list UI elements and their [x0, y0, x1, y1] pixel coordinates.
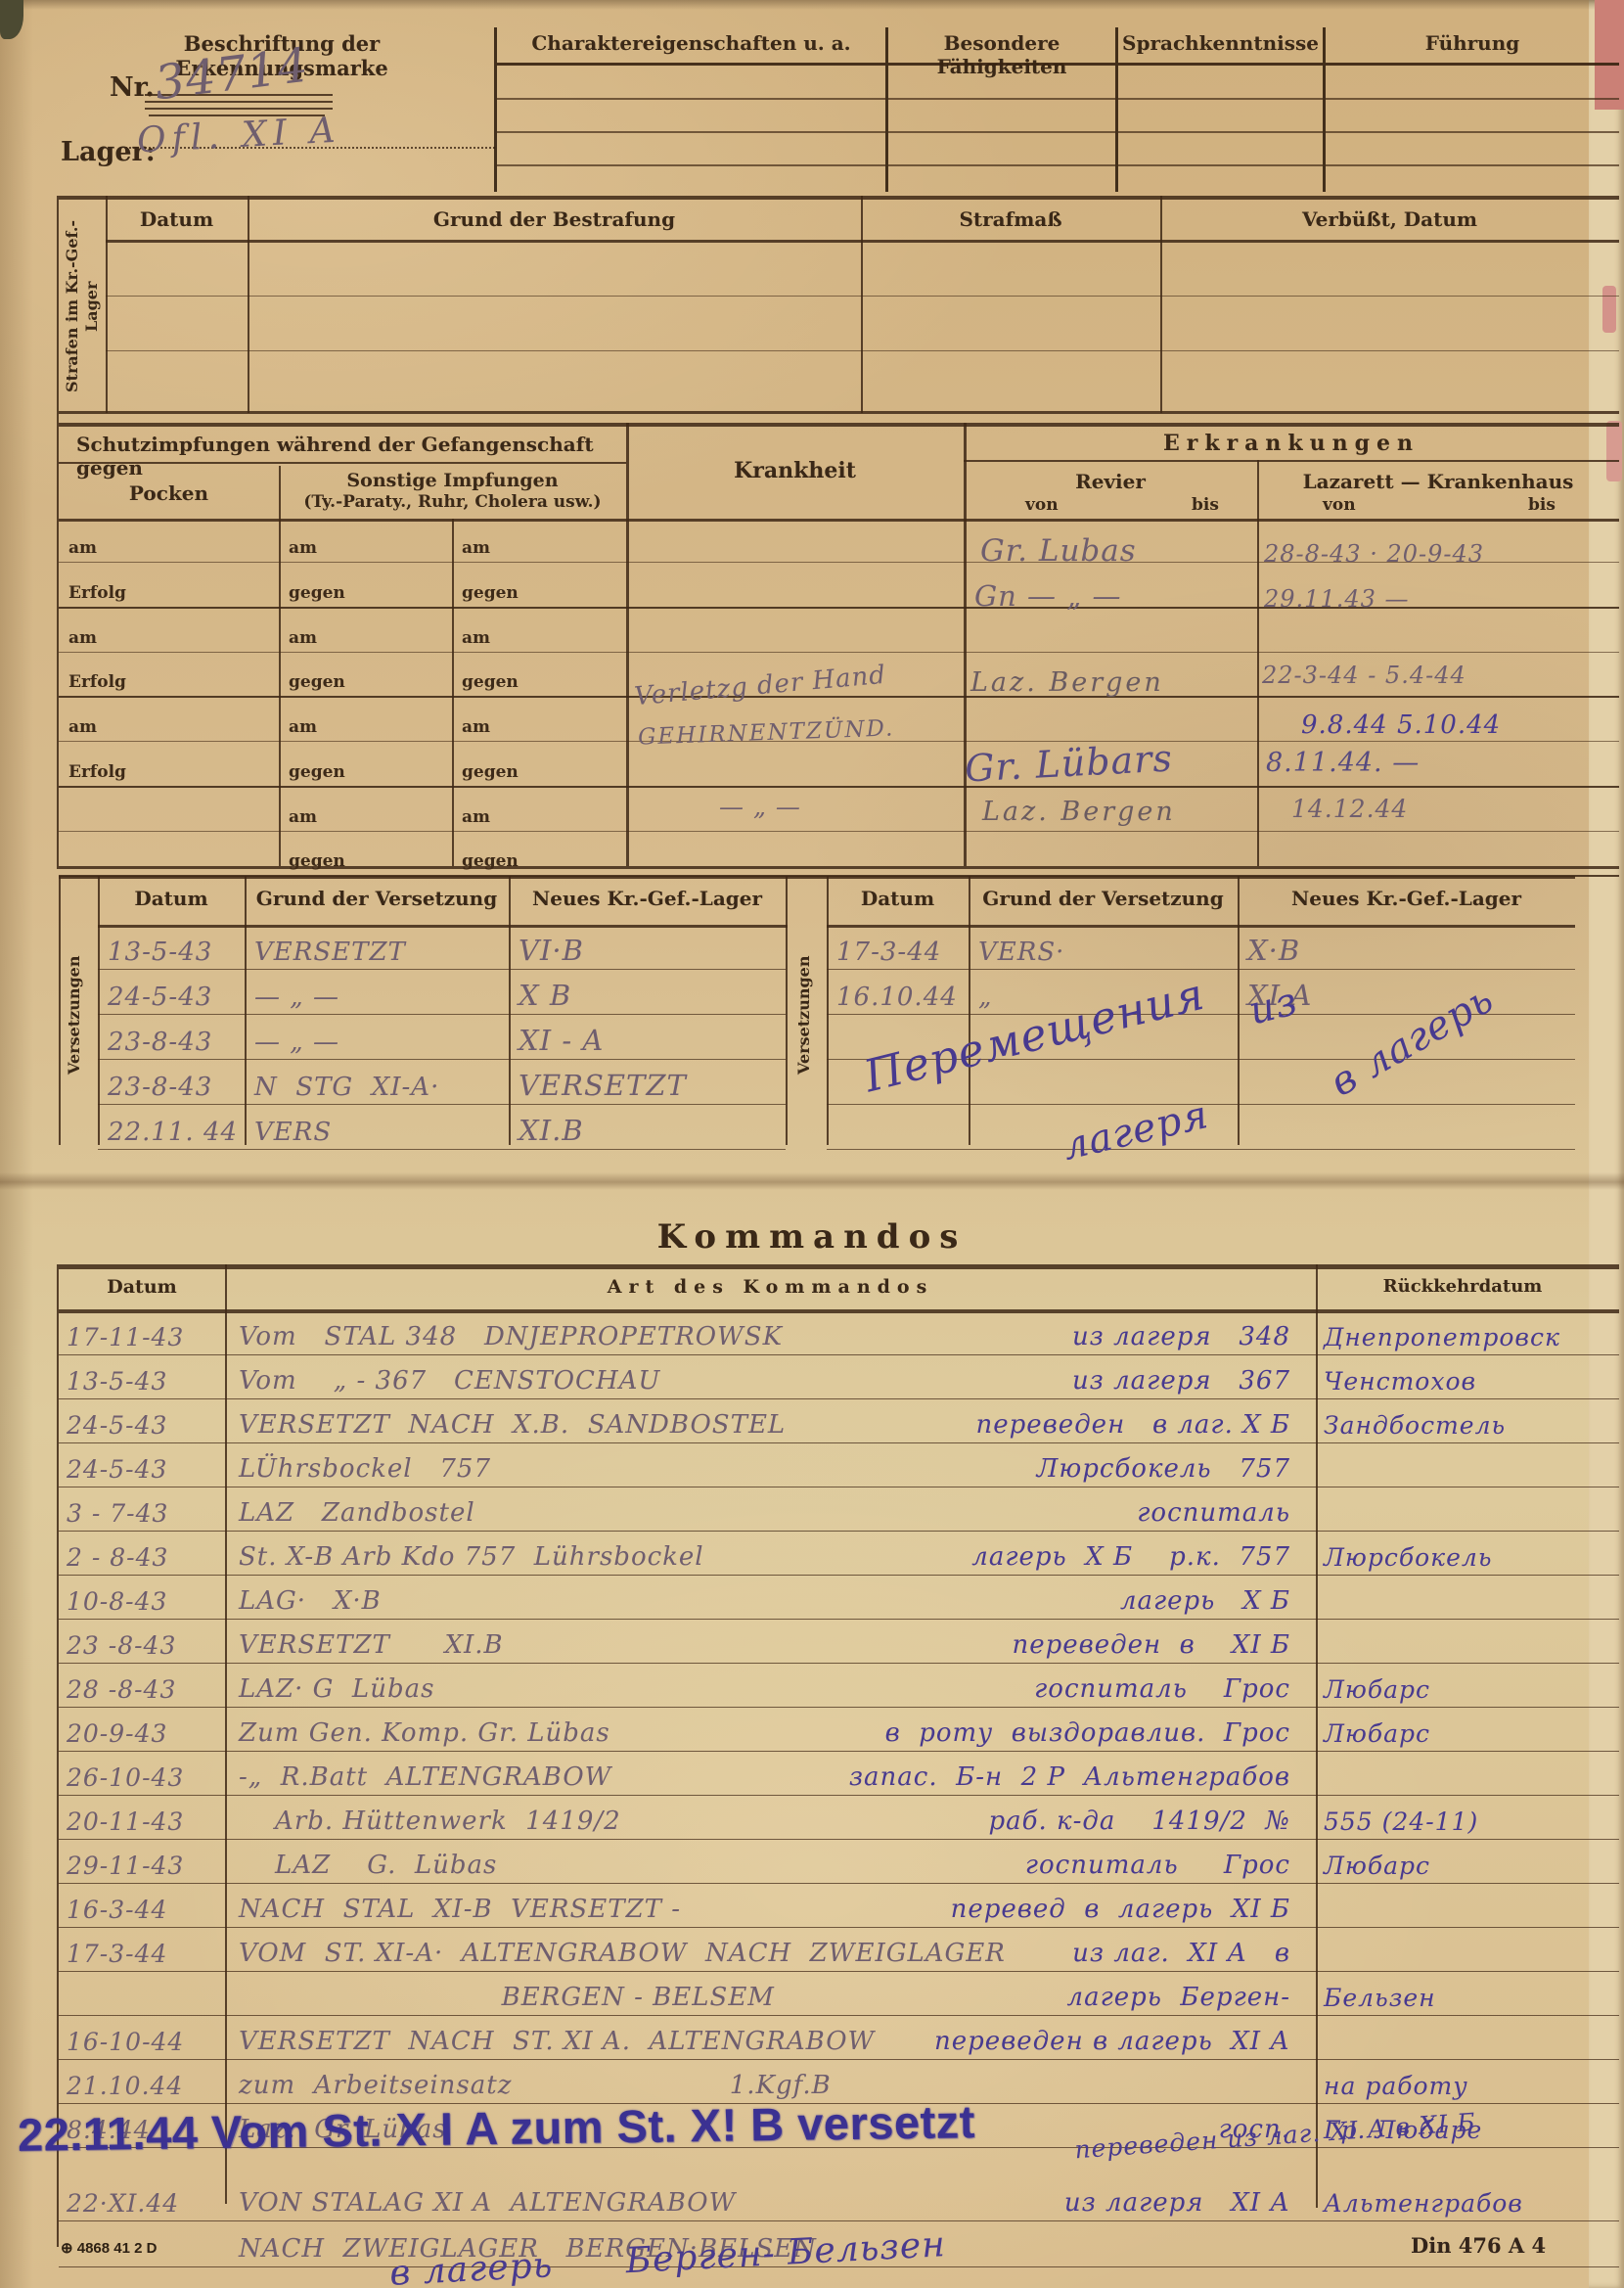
kommando-art: BERGEN - BELSEM лагерь Берген-: [225, 1983, 1316, 2015]
erk-dates-2: 29.11.43 —: [1264, 585, 1410, 613]
kommando-datum: 28 -8-43: [59, 1675, 225, 1707]
erk-revier-bis: bis: [1192, 495, 1219, 515]
versetzung-datum: [827, 1102, 969, 1104]
column-besondere-faehigkeiten: Besondere Fähigkeiten: [885, 27, 1115, 192]
pocken-row-label: [59, 827, 279, 831]
versetzung-lager: VI·B: [509, 934, 783, 969]
lager-value-handwritten: Ofl. XI A: [136, 111, 341, 161]
v-right-col-datum: Datum: [827, 887, 969, 910]
kommando-text-german: Zum Gen. Komp. Gr. Lübas: [225, 1718, 610, 1751]
din-format-label: Din 476 A 4: [1411, 2233, 1546, 2258]
v-left-col-grund: Grund der Versetzung: [245, 887, 509, 910]
versetzung-lager: [1238, 1102, 1575, 1104]
strafen-col-verbuesst: Verbüßt, Datum: [1160, 207, 1619, 231]
printer-code: ⊕ 4868 41 2 D: [61, 2239, 157, 2257]
versetzung-lager: X B: [509, 979, 783, 1014]
kommando-row: 10-8-43 LAG· X·B лагерь X Б: [59, 1576, 1619, 1620]
kommando-text-german: St. X-B Arb Kdo 757 Lührsbockel: [225, 1542, 704, 1575]
v-left-col-neues: Neues Kr.-Gef.-Lager: [509, 887, 786, 910]
k-col-datum: Datum: [59, 1276, 225, 1298]
kommando-row: 20-9-43 Zum Gen. Komp. Gr. Lübas в роту …: [59, 1708, 1619, 1752]
kommando-row: 17-11-43 Vom STAL 348 DNJEPROPETROWSK из…: [59, 1311, 1619, 1355]
kommando-art: NACH STAL XI-B VERSETZT - перевед в лаге…: [225, 1895, 1316, 1927]
kommando-text-russian: [1290, 2100, 1316, 2103]
erk-place-1: Gr. Lubas: [980, 533, 1137, 569]
versetzung-datum: [827, 1147, 969, 1149]
versetzung-row: 23-8-43 — „ — XI - A: [98, 1015, 786, 1060]
kommando-art: LAZ Zandbostel госпиталь: [225, 1498, 1316, 1531]
kommando-text-german: NACH STAL XI-B VERSETZT -: [225, 1895, 681, 1927]
erk-col-lazarett: Lazarett — Krankenhaus: [1257, 470, 1619, 493]
kommando-art: Vom „ - 367 CENSTOCHAU из лагеря 367: [225, 1366, 1316, 1398]
kommando-datum: 17-3-44: [59, 1940, 225, 1971]
kommando-text-russian: в роту выздоравлив. Грос: [885, 1718, 1316, 1751]
kommando-text-russian: госпиталь: [1137, 1498, 1316, 1531]
kommando-text-russian: переведен в XI Б: [1012, 1630, 1316, 1663]
kommando-text-russian: переведен в лагерь XI А: [934, 2027, 1316, 2059]
kommando-rueckkehr: Любарс: [1316, 1719, 1619, 1751]
impf-col-krankheit: Krankheit: [626, 458, 964, 483]
pow-record-card: Beschriftung der Erkennungsmarke Nr. 347…: [0, 0, 1624, 2288]
versetzung-row: 17-3-44 VERS· X·B: [827, 925, 1575, 970]
kommando-row: 16-10-44 VERSETZT NACH ST. XI A. ALTENGR…: [59, 2016, 1619, 2060]
sonstige1-row-label: am: [279, 538, 452, 562]
kommando-datum: [59, 2012, 225, 2015]
kommando-text-russian: из лагеря 348: [1072, 1322, 1316, 1354]
versetzung-grund: VERS: [245, 1118, 509, 1149]
sonstige2-row-label: am: [452, 538, 626, 562]
left-edge-shadow: [0, 0, 33, 2288]
impf-row: am am am: [59, 609, 1619, 653]
kommando-text-russian: из лагеря 367: [1072, 1366, 1316, 1398]
kommando-rueckkehr: Любарс: [1316, 1675, 1619, 1707]
versetzung-grund: — „ —: [245, 983, 509, 1014]
kommando-rueckkehr: [1316, 2264, 1619, 2266]
pink-edge-mark: [1602, 286, 1616, 333]
kommando-text-russian: Люрсбокель 757: [1037, 1454, 1316, 1487]
pocken-row-label: [59, 871, 279, 875]
sonstige2-row-label: am: [452, 628, 626, 652]
v-left-rows: 13-5-43 VERSETZT VI·B 24-5-43 — „ — X B …: [98, 925, 786, 1150]
fold-crease: [0, 1172, 1624, 1190]
strafen-side-label: Strafen im Kr.-Gef.-Lager: [63, 213, 102, 399]
kommando-rueckkehr: 555 (24-11): [1316, 1808, 1619, 1839]
kommando-art: VERSETZT XI.B переведен в XI Б: [225, 1630, 1316, 1663]
kommando-text-german: LAZ· G Lübas: [225, 1674, 434, 1707]
kommando-rueckkehr: Любарс: [1316, 1852, 1619, 1883]
column-sprachkenntnisse: Sprachkenntnisse: [1115, 27, 1323, 192]
kommando-datum: 13-5-43: [59, 1367, 225, 1398]
erk-dates-3: 22-3-44 - 5.4-44: [1262, 662, 1466, 689]
v-right-col-grund: Grund der Versetzung: [969, 887, 1238, 910]
kommando-art: Zum Gen. Komp. Gr. Lübas в роту выздорав…: [225, 1718, 1316, 1751]
kommando-text-german: VON STALAG XI A ALTENGRABOW: [225, 2188, 736, 2220]
sonstige2-row-label: gegen: [452, 851, 626, 875]
kommando-text-russian: госпиталь Грос: [1034, 1674, 1316, 1707]
kommando-rueckkehr: Зандбостель: [1316, 1411, 1619, 1442]
kommando-text-german: Vom STAL 348 DNJEPROPETROWSK: [225, 1322, 783, 1354]
kommando-rueckkehr: Альтенграбов: [1316, 2189, 1619, 2220]
sonstige1-row-label: gegen: [279, 583, 452, 607]
kommando-text-russian: из лагеря XI А: [1064, 2188, 1316, 2220]
versetzung-lager: XI.B: [509, 1114, 783, 1149]
kommando-text-russian: из лаг. XI А в: [1072, 1939, 1316, 1971]
kommando-datum: 3 - 7-43: [59, 1499, 225, 1531]
kommando-text-german: LAZ Zandbostel: [225, 1498, 475, 1531]
kommando-rueckkehr: [1316, 2056, 1619, 2059]
versetzung-grund: N STG XI-A·: [245, 1073, 509, 1104]
sonstige2-row-label: gegen: [452, 583, 626, 607]
erk-title: Erkrankungen: [964, 431, 1619, 456]
kommando-rueckkehr: Днепропетровск: [1316, 1323, 1619, 1354]
kommando-rueckkehr: [1316, 1484, 1619, 1487]
versetzung-datum: 17-3-44: [827, 938, 969, 969]
erk-dates-4: 9.8.44 5.10.44: [1301, 710, 1501, 740]
kommando-datum: 10-8-43: [59, 1587, 225, 1619]
kommando-art: LAG· X·B лагерь X Б: [225, 1586, 1316, 1619]
kommando-datum: 20-11-43: [59, 1808, 225, 1839]
kommando-row: 28 -8-43 LAZ· G Lübas госпиталь Грос Люб…: [59, 1664, 1619, 1708]
pocken-row-label: Erfolg: [59, 583, 279, 607]
impf-row: gegen gegen: [59, 832, 1619, 877]
kommando-text-russian: лагерь X Б р.к. 757: [971, 1542, 1316, 1575]
kommandos-title: Kommandos: [421, 1217, 1203, 1257]
k-col-art: Art des Kommandos: [225, 1276, 1316, 1298]
erk-lazarett-bis: bis: [1528, 495, 1556, 515]
versetzung-lager: XI - A: [509, 1024, 783, 1059]
erk-place-2: Gn — „ —: [974, 579, 1122, 613]
v-right-col-neues: Neues Kr.-Gef.-Lager: [1238, 887, 1575, 910]
kommando-row: 24-5-43 LÜhrsbockel 757 Люрсбокель 757: [59, 1443, 1619, 1487]
kommando-art: LAZ· G Lübas госпиталь Грос: [225, 1674, 1316, 1707]
v-left-col-datum: Datum: [98, 887, 245, 910]
versetzung-grund: VERS·: [969, 938, 1238, 969]
kommando-row: 20-11-43 Arb. Hüttenwerk 1419/2 раб. к-д…: [59, 1796, 1619, 1840]
k-col-rueckkehr: Rückkehrdatum: [1316, 1276, 1609, 1297]
versetzungen-side-label-left: Versetzungen: [65, 930, 96, 1101]
kommando-row: 17-3-44 VOM ST. XI-A· ALTENGRABOW NACH Z…: [59, 1928, 1619, 1972]
nr-label: Nr.: [110, 72, 155, 103]
kommando-text-german: BERGEN - BELSEM: [225, 1983, 775, 2015]
kommando-datum: 16-10-44: [59, 2028, 225, 2059]
versetzung-row: 23-8-43 N STG XI-A· VERSETZT: [98, 1060, 786, 1105]
kommando-datum: 22·XI.44: [59, 2189, 225, 2220]
kommando-text-russian: переведен в лаг. X Б: [976, 1410, 1316, 1442]
kommando-datum: 26-10-43: [59, 1763, 225, 1795]
versetzung-row: 13-5-43 VERSETZT VI·B: [98, 925, 786, 970]
kommando-text-russian: [1290, 2264, 1316, 2266]
sonstige2-row-label: am: [452, 807, 626, 831]
kommando-art: LAZ G. Lübas госпиталь Грос: [225, 1851, 1316, 1883]
versetzung-row: 24-5-43 — „ — X B: [98, 970, 786, 1015]
kommando-text-russian: раб. к-да 1419/2 №: [989, 1807, 1317, 1839]
kommando-rueckkehr: [1316, 1924, 1619, 1927]
sonstige1-row-label: am: [279, 717, 452, 741]
erk-place-6: Laz. Bergen: [982, 797, 1176, 827]
strafen-col-grund: Grund der Bestrafung: [248, 207, 861, 231]
kommando-art: Vom STAL 348 DNJEPROPETROWSK из лагеря 3…: [225, 1322, 1316, 1354]
kommando-rueckkehr: [1316, 1792, 1619, 1795]
column-charaktereigenschaften: Charaktereigenschaften u. a.: [494, 27, 885, 192]
kommando-row: 26-10-43 -„ R.Batt ALTENGRABOW запас. Б-…: [59, 1752, 1619, 1796]
kommando-text-german: VERSETZT NACH ST. XI A. ALTENGRABOW: [225, 2027, 875, 2059]
kommando-art: VERSETZT NACH ST. XI A. ALTENGRABOW пере…: [225, 2027, 1316, 2059]
kommando-art: Arb. Hüttenwerk 1419/2 раб. к-да 1419/2 …: [225, 1807, 1316, 1839]
kommando-datum: 20-9-43: [59, 1719, 225, 1751]
kommando-art: VOM ST. XI-A· ALTENGRABOW NACH ZWEIGLAGE…: [225, 1939, 1316, 1971]
kommando-datum: 24-5-43: [59, 1455, 225, 1487]
versetzung-grund: VERSETZT: [245, 938, 509, 969]
kommando-datum: [59, 2264, 225, 2266]
erk-dates-6: 14.12.44: [1291, 795, 1408, 823]
kommando-text-russian: лагерь Берген-: [1067, 1983, 1316, 2015]
versetzung-datum: 23-8-43: [98, 1073, 245, 1104]
kommando-rueckkehr: [1316, 1616, 1619, 1619]
versetzung-datum: 13-5-43: [98, 938, 245, 969]
kommando-art: -„ R.Batt ALTENGRABOW запас. Б-н 2 Р Аль…: [225, 1762, 1316, 1795]
kommando-text-german: LAG· X·B: [225, 1586, 382, 1619]
kommando-datum: 17-11-43: [59, 1323, 225, 1354]
top-edge-shadow: [0, 0, 1624, 10]
kommando-row: 13-5-43 Vom „ - 367 CENSTOCHAU из лагеря…: [59, 1355, 1619, 1399]
kommando-text-russian: запас. Б-н 2 Р Альтенграбов: [849, 1762, 1316, 1795]
kommando-text-german: VOM ST. XI-A· ALTENGRABOW NACH ZWEIGLAGE…: [225, 1939, 1006, 1971]
versetzung-lager: [1238, 1147, 1575, 1149]
pocken-row-label: am: [59, 717, 279, 741]
sonstige1-row-label: gegen: [279, 672, 452, 696]
kommando-datum: 23 -8-43: [59, 1631, 225, 1663]
strafen-col-datum: Datum: [106, 207, 248, 231]
kommando-art: VERSETZT NACH X.B. SANDBOSTEL переведен …: [225, 1410, 1316, 1442]
sonstige2-row-label: gegen: [452, 762, 626, 786]
kommando-text-german: LÜhrsbockel 757: [225, 1454, 491, 1487]
versetzung-datum: 16.10.44: [827, 983, 969, 1014]
kommando-rueckkehr: [1316, 1528, 1619, 1531]
impf-col-sonstige: Sonstige Impfungen: [279, 470, 626, 491]
kommando-datum: 21.10.44: [59, 2072, 225, 2103]
kommando-row: BERGEN - BELSEM лагерь Берген- Бельзен: [59, 1972, 1619, 2016]
krankheit-entry-3: — „ —: [719, 793, 801, 821]
kommando-row: 22·XI.44 VON STALAG XI A ALTENGRABOW из …: [59, 2148, 1619, 2221]
impf-col-sonstige-sub: (Ty.-Paraty., Ruhr, Cholera usw.): [279, 492, 626, 512]
kommando-row: 29-11-43 LAZ G. Lübas госпиталь Грос Люб…: [59, 1840, 1619, 1884]
sonstige2-row-label: am: [452, 717, 626, 741]
kommando-datum: 24-5-43: [59, 1411, 225, 1442]
versetzung-grund: — „ —: [245, 1028, 509, 1059]
versetzung-lager: X·B: [1238, 934, 1575, 969]
sonstige1-row-label: am: [279, 807, 452, 831]
sonstige1-row-label: gegen: [279, 762, 452, 786]
kommando-text-russian: лагерь X Б: [1120, 1586, 1316, 1619]
versetzung-lager: VERSETZT: [509, 1069, 783, 1104]
pocken-row-label: Erfolg: [59, 672, 279, 696]
erk-dates-1: 28-8-43 · 20-9-43: [1264, 540, 1484, 568]
sonstige2-row-label: gegen: [452, 672, 626, 696]
kommando-datum: 2 - 8-43: [59, 1543, 225, 1575]
pocken-row-label: am: [59, 628, 279, 652]
kommando-text-russian: госпиталь Грос: [1025, 1851, 1316, 1883]
kommando-rueckkehr: на работу: [1316, 2072, 1619, 2103]
kommando-text-german: VERSETZT NACH X.B. SANDBOSTEL: [225, 1410, 786, 1442]
kommando-text-german: Arb. Hüttenwerk 1419/2: [225, 1807, 621, 1839]
erk-place-3: Laz. Bergen: [970, 667, 1164, 698]
sonstige1-row-label: gegen: [279, 851, 452, 875]
character-skills-table: Charaktereigenschaften u. a. Besondere F…: [494, 27, 1619, 192]
kommando-rueckkehr: [1316, 1660, 1619, 1663]
impf-col-pocken: Pocken: [59, 481, 279, 505]
kommando-datum: 16-3-44: [59, 1896, 225, 1927]
kommando-rueckkehr: Люрсбокель: [1316, 1543, 1619, 1575]
kommando-text-german: -„ R.Batt ALTENGRABOW: [225, 1762, 611, 1795]
kommando-row: 16-3-44 NACH STAL XI-B VERSETZT - переве…: [59, 1884, 1619, 1928]
pocken-row-label: am: [59, 538, 279, 562]
versetzung-row: 22.11. 44 VERS XI.B: [98, 1105, 786, 1150]
erk-lazarett-von: von: [1323, 495, 1356, 515]
kommando-row: 23 -8-43 VERSETZT XI.B переведен в XI Б: [59, 1620, 1619, 1664]
kommando-rueckkehr: Ченстохов: [1316, 1367, 1619, 1398]
versetzung-datum: 22.11. 44: [98, 1118, 245, 1149]
versetzung-datum: 23-8-43: [98, 1028, 245, 1059]
versetzungen-side-label-right: Versetzungen: [794, 930, 824, 1101]
erk-col-revier: Revier: [964, 470, 1257, 493]
kommando-text-german: LAZ G. Lübas: [225, 1851, 497, 1883]
kommando-row: 2 - 8-43 St. X-B Arb Kdo 757 Lührsbockel…: [59, 1532, 1619, 1576]
kommando-art: VON STALAG XI A ALTENGRABOW из лагеря XI…: [225, 2188, 1316, 2220]
sonstige1-row-label: am: [279, 628, 452, 652]
column-fuehrung: Führung: [1323, 27, 1619, 192]
versetzung-datum: 24-5-43: [98, 983, 245, 1014]
kommando-art: St. X-B Arb Kdo 757 Lührsbockel лагерь X…: [225, 1542, 1316, 1575]
kommando-text-russian: перевед в лагерь XI Б: [951, 1895, 1316, 1927]
kommando-datum: 29-11-43: [59, 1852, 225, 1883]
strafen-col-strafmass: Strafmaß: [861, 207, 1160, 231]
kommando-row: 24-5-43 VERSETZT NACH X.B. SANDBOSTEL пе…: [59, 1399, 1619, 1443]
kommando-rueckkehr: Бельзен: [1316, 1984, 1619, 2015]
kommando-row: 3 - 7-43 LAZ Zandbostel госпиталь: [59, 1487, 1619, 1532]
kommando-text-german: Vom „ - 367 CENSTOCHAU: [225, 1366, 660, 1398]
kommando-rueckkehr: [1316, 1968, 1619, 1971]
erk-revier-von: von: [1025, 495, 1059, 515]
erk-dates-5: 8.11.44. —: [1266, 748, 1420, 778]
kommando-art: LÜhrsbockel 757 Люрсбокель 757: [225, 1454, 1316, 1487]
impf-row-grid: am am am Erfolg gegen gegen am am am: [59, 519, 1619, 877]
kommando-text-german: VERSETZT XI.B: [225, 1630, 504, 1663]
pocken-row-label: Erfolg: [59, 762, 279, 786]
